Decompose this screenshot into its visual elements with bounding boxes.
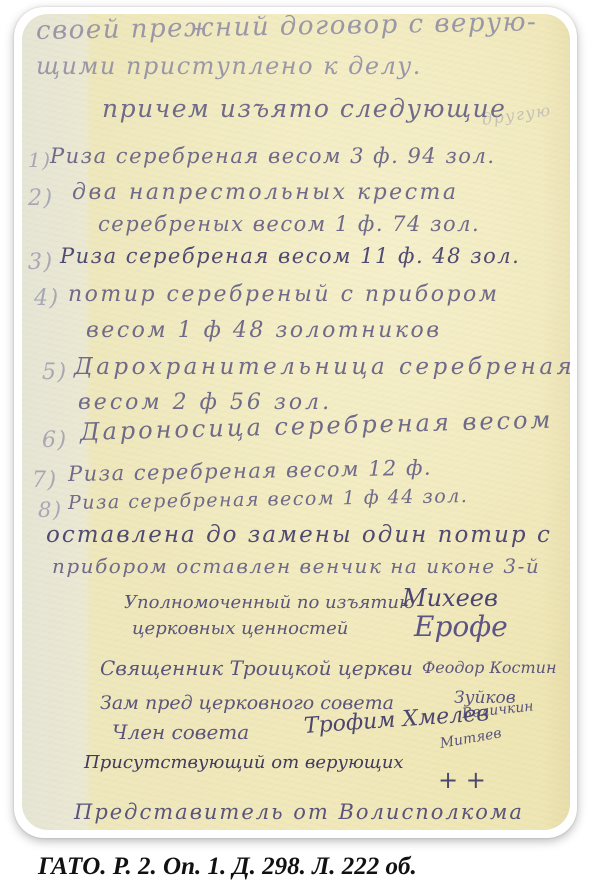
item-number: 1) <box>28 148 52 172</box>
signatory-role: Член совета <box>112 720 249 744</box>
item-text: Дарохранительница серебреная <box>74 354 570 380</box>
item-text: два напрестольных креста <box>72 180 459 205</box>
item-text: весом 1 ф 48 золотников <box>86 318 442 343</box>
item-number: 8) <box>38 498 63 522</box>
signatory-role: Уполномоченный по изъятию <box>124 592 415 613</box>
archival-document-scan: своей прежний договор с верую- щими прис… <box>22 14 570 830</box>
signatory-name: Митяев <box>439 725 503 752</box>
item-text: Риза серебреная весом 3 ф. 94 зол. <box>50 144 496 168</box>
item-number: 6) <box>42 428 68 453</box>
cross-mark-icon: + + <box>438 766 486 794</box>
signatory-name: Михеев <box>402 584 498 612</box>
item-number: 4) <box>34 286 60 311</box>
item-text: потир серебреный с прибором <box>68 282 500 307</box>
item-text: Риза серебреная весом 11 ф. 48 зол. <box>60 244 520 268</box>
paper-margin-strip <box>22 14 88 830</box>
section-heading: причем изъято следующие <box>102 94 506 123</box>
document-line: щими приступлено к делу. <box>36 52 422 80</box>
item-number: 7) <box>32 468 58 493</box>
item-number: 2) <box>28 186 54 211</box>
item-text: весом 2 ф 56 зол. <box>78 390 332 415</box>
item-text: Риза серебреная весом 1 ф 44 зол. <box>68 485 469 514</box>
signatory-name: Феодор Костин <box>422 658 556 677</box>
note-line: прибором оставлен венчик на иконе 3-й <box>52 554 540 578</box>
item-text: Риза серебреная весом 12 ф. <box>68 456 433 486</box>
archive-citation-caption: ГАТО. Р. 2. Оп. 1. Д. 298. Л. 222 об. <box>38 853 417 881</box>
note-line: оставлена до замены один потир с <box>46 522 552 548</box>
document-line: своей прежний договор с верую- <box>36 14 538 46</box>
signatory-role: Представитель от Волисполкома <box>74 800 524 824</box>
signatory-role-cont: церковных ценностей <box>132 618 348 639</box>
item-number: 5) <box>42 360 68 385</box>
item-number: 3) <box>28 250 54 275</box>
signatory-role: Священник Троицкой церкви <box>100 656 413 680</box>
item-text: серебреных весом 1 ф. 74 зол. <box>98 212 480 236</box>
signatory-role: Присутствующий от верующих <box>84 752 404 773</box>
signature-mark: Ерофе <box>414 610 508 643</box>
